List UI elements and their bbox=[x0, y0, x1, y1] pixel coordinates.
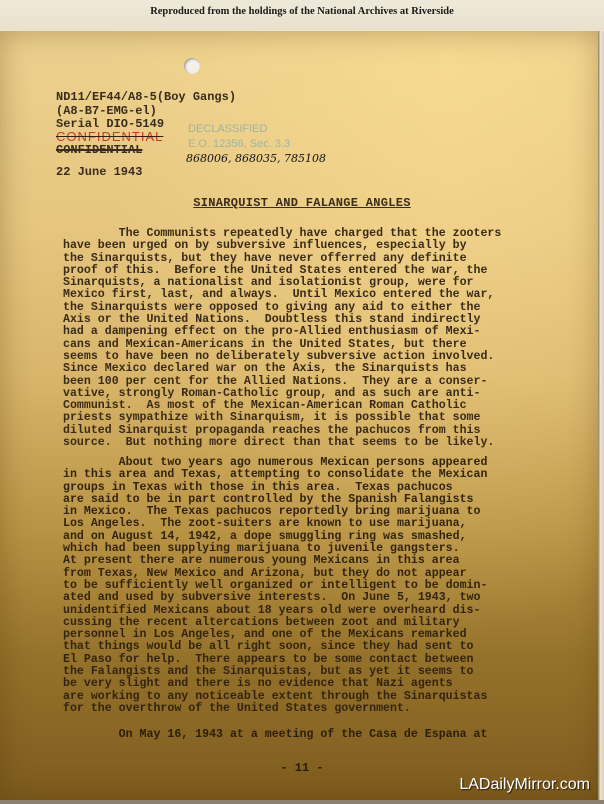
punch-hole bbox=[184, 58, 200, 74]
paragraph-3: On May 16, 1943 at a meeting of the Casa… bbox=[63, 729, 583, 741]
reference-line: (A8-B7-EMG-el) bbox=[56, 105, 236, 119]
confidential-stamp-struck: CONFIDENTIAL bbox=[56, 129, 163, 144]
text-line: been 100 per cent for the Allied Nations… bbox=[63, 376, 583, 388]
text-line: source. But nothing more direct than tha… bbox=[63, 437, 583, 449]
handwritten-numbers: 868006, 868035, 785108 bbox=[186, 152, 326, 165]
declassified-line: E.O. 12356, Sec. 3.3 bbox=[188, 137, 290, 152]
text-line: for the overthrow of the United States g… bbox=[63, 703, 583, 715]
text-line: Mexico first, last, and always. Until Me… bbox=[63, 289, 583, 301]
text-line: that things would be all right soon, sin… bbox=[63, 641, 583, 653]
text-line: be very slight and there is no evidence … bbox=[63, 678, 583, 690]
archive-header-text: Reproduced from the holdings of the Nati… bbox=[0, 6, 604, 17]
declassified-stamp: DECLASSIFIED E.O. 12356, Sec. 3.3 bbox=[188, 122, 290, 152]
text-line: in this area and Texas, attempting to co… bbox=[63, 469, 583, 481]
paper-edge bbox=[598, 31, 604, 804]
confidential-typed-struck: CONFIDENTIAL bbox=[56, 143, 142, 157]
text-line: priests sympathize with Sinarquism, it i… bbox=[63, 412, 583, 424]
paragraph-2: About two years ago numerous Mexican per… bbox=[63, 457, 583, 715]
text-line: Since Mexico declared war on the Axis, t… bbox=[63, 363, 583, 375]
reference-line: ND11/EF44/A8-5(Boy Gangs) bbox=[56, 91, 236, 105]
text-line: had a dampening effect on the pro-Allied… bbox=[63, 326, 583, 338]
section-title: SINARQUIST AND FALANGE ANGLES bbox=[0, 196, 604, 210]
text-line: unidentified Mexicans about 18 years old… bbox=[63, 605, 583, 617]
text-line: have been urged on by subversive influen… bbox=[63, 240, 583, 252]
page-number: - 11 - bbox=[0, 761, 604, 775]
archive-header: Reproduced from the holdings of the Nati… bbox=[0, 0, 604, 30]
bottom-edge bbox=[0, 800, 604, 804]
text-line: On May 16, 1943 at a meeting of the Casa… bbox=[63, 729, 583, 741]
paragraph-1: The Communists repeatedly have charged t… bbox=[63, 228, 583, 449]
watermark: LADailyMirror.com bbox=[459, 776, 590, 794]
text-line: Los Angeles. The zoot-suiters are known … bbox=[63, 518, 583, 530]
declassified-line: DECLASSIFIED bbox=[188, 122, 290, 137]
document-date: 22 June 1943 bbox=[56, 165, 142, 179]
text-line: ated and used by subversive interests. O… bbox=[63, 592, 583, 604]
text-line: At present there are numerous young Mexi… bbox=[63, 555, 583, 567]
